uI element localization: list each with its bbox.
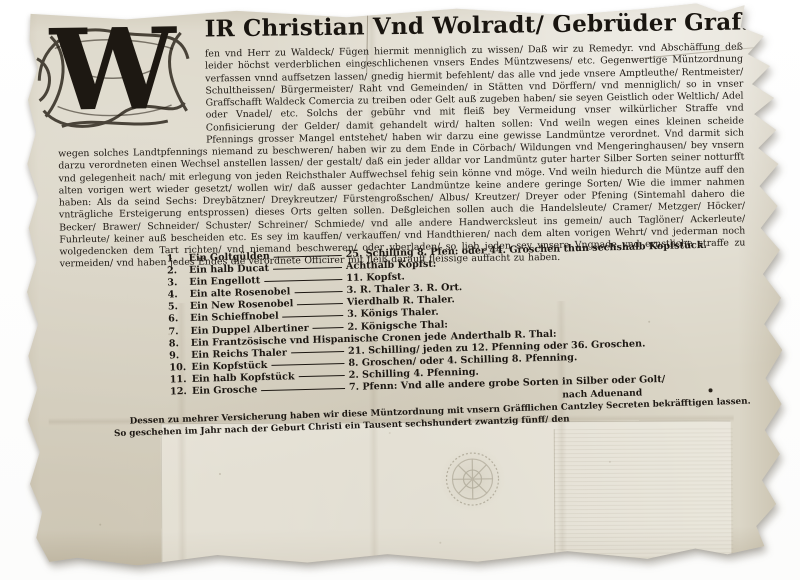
coin-name: Ein Grosche xyxy=(192,384,258,398)
row-number: 9. xyxy=(169,350,191,363)
row-number: 1. xyxy=(167,253,189,266)
row-number: 3. xyxy=(167,277,189,290)
document-paper: W IR Christian Vnd Wolradt/ Gebrüder Gra… xyxy=(7,0,795,576)
dash-leader xyxy=(273,267,342,270)
dash-leader xyxy=(299,376,345,378)
dash-leader xyxy=(271,363,344,366)
dash-leader xyxy=(261,388,345,391)
row-number: 6. xyxy=(168,313,190,326)
row-number: 10. xyxy=(169,362,191,375)
dash-leader xyxy=(291,351,344,353)
proclamation-text-block: W IR Christian Vnd Wolradt/ Gebrüder Gra… xyxy=(56,8,745,271)
dash-leader xyxy=(283,315,344,318)
dash-leader xyxy=(264,279,342,282)
row-number: 5. xyxy=(168,301,190,314)
coin-value: Achthalb Kopfst: xyxy=(346,259,437,273)
dash-leader xyxy=(313,327,344,329)
coin-table-block: 1. Ein Goltgülden 25. Schilling 8. Pfen:… xyxy=(167,239,731,411)
row-number: 7. xyxy=(168,325,190,338)
dash-leader xyxy=(297,303,343,305)
row-number: 2. xyxy=(167,265,189,278)
embossed-paper-seal-icon xyxy=(440,447,505,512)
row-number: 4. xyxy=(168,289,190,302)
row-number: 12. xyxy=(170,386,192,399)
printed-content: W IR Christian Vnd Wolradt/ Gebrüder Gra… xyxy=(4,0,796,579)
paper-shadow-wrap: W IR Christian Vnd Wolradt/ Gebrüder Gra… xyxy=(8,2,793,574)
foxing-speckles xyxy=(7,4,9,6)
coin-value-table: 1. Ein Goltgülden 25. Schilling 8. Pfen:… xyxy=(167,239,730,398)
row-number: 8. xyxy=(169,338,191,351)
ornate-initial-W: W xyxy=(30,17,196,135)
dash-leader xyxy=(274,255,342,258)
photo-background: W IR Christian Vnd Wolradt/ Gebrüder Gra… xyxy=(0,0,800,580)
row-number: 11. xyxy=(170,374,192,387)
dash-leader xyxy=(294,291,342,293)
